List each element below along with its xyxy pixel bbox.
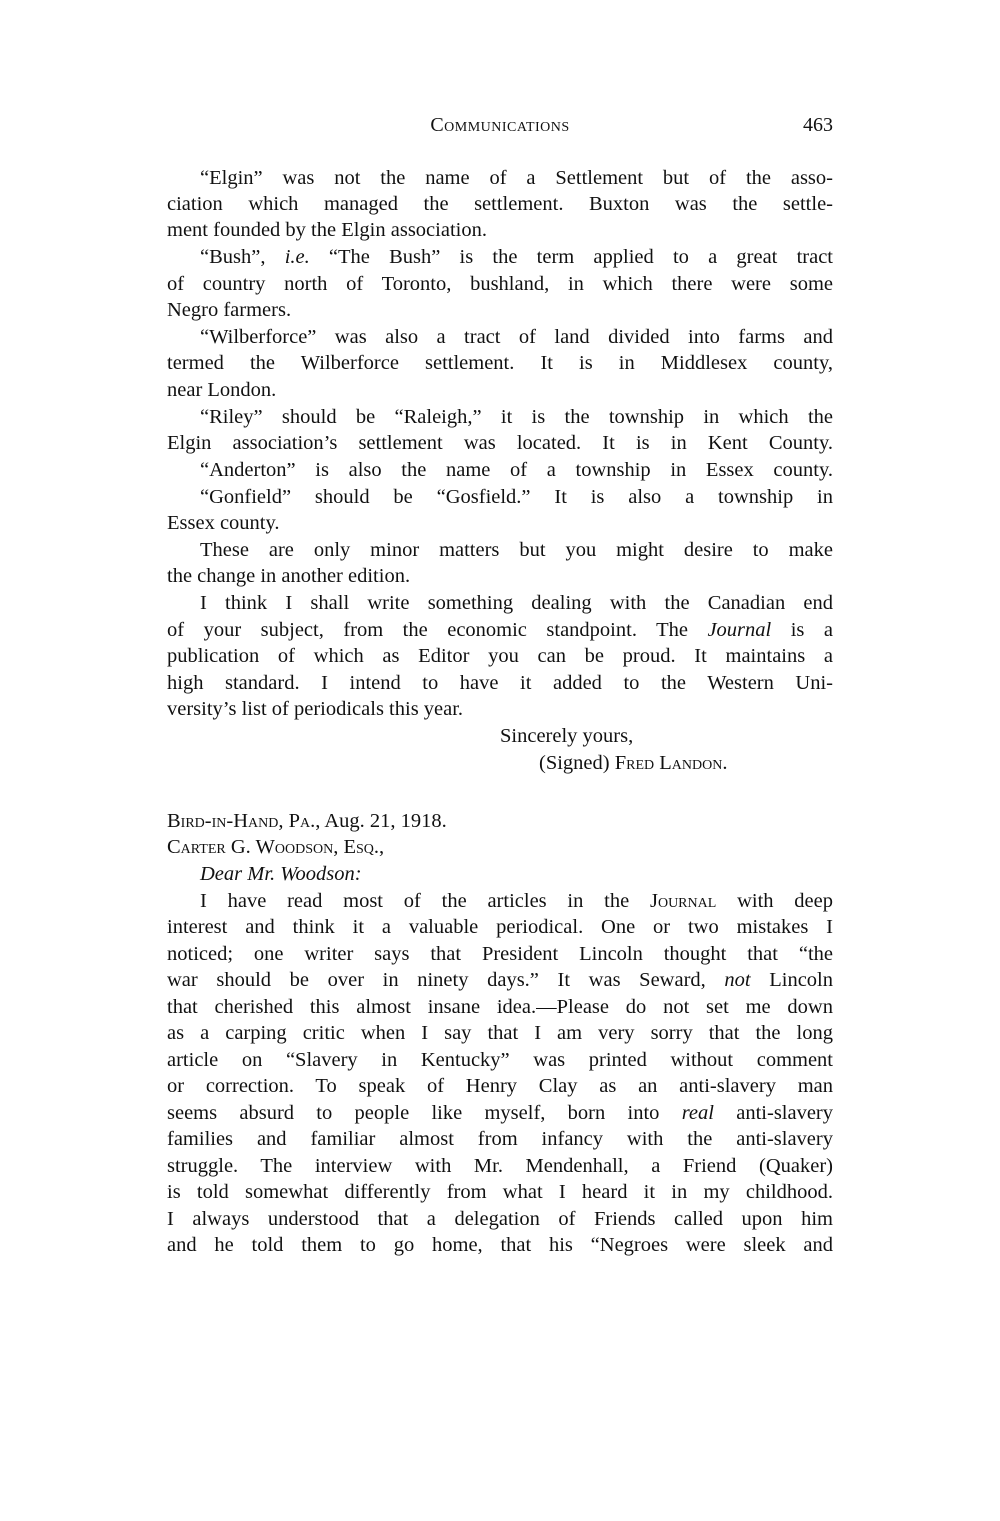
salutation-text: Dear Mr. Woodson: <box>200 863 362 885</box>
text-line: ciation which managed the settlement. Bu… <box>167 191 833 217</box>
text-run: “Bush”, <box>200 246 285 268</box>
text-run: Lincoln <box>751 969 833 991</box>
text-line: struggle. The interview with Mr. Mendenh… <box>167 1153 833 1179</box>
addressee: Carter G. Woodson, Esq., <box>167 834 833 860</box>
text-run: anti-slavery <box>714 1102 833 1124</box>
dateline-date: Aug. 21, 1918. <box>320 810 446 832</box>
text-line: is told somewhat differently from what I… <box>167 1179 833 1205</box>
text-run: I have read most of the articles in the <box>200 890 650 912</box>
text-line: and he told them to go home, that his “N… <box>167 1232 833 1258</box>
dateline: Bird-in-Hand, Pa., Aug. 21, 1918. <box>167 808 833 834</box>
text-line: seems absurd to people like myself, born… <box>167 1100 833 1126</box>
text-line: Elgin association’s settlement was locat… <box>167 430 833 456</box>
text-line: ment founded by the Elgin association. <box>167 217 833 243</box>
text-line: “Elgin” was not the name of a Settlement… <box>167 165 833 191</box>
document-page: Communications 463 “Elgin” was not the n… <box>0 0 1000 1521</box>
text-run: “The Bush” is the term applied to a grea… <box>310 246 833 268</box>
text-line: termed the Wilberforce settlement. It is… <box>167 350 833 376</box>
signer-name: Fred Landon. <box>615 752 728 774</box>
text-line: that cherished this almost insane idea.—… <box>167 994 833 1020</box>
italic-run: not <box>724 969 750 991</box>
text-line: These are only minor matters but you mig… <box>167 537 833 563</box>
smallcaps-run: Journal <box>650 890 716 912</box>
text-line: Negro farmers. <box>167 297 833 323</box>
text-run: seems absurd to people like myself, born… <box>167 1102 682 1124</box>
signed-label: (Signed) <box>539 752 615 774</box>
text-line: near London. <box>167 377 833 403</box>
page-number: 463 <box>803 114 833 137</box>
text-line: noticed; one writer says that President … <box>167 941 833 967</box>
text-line: of country north of Toronto, bushland, i… <box>167 271 833 297</box>
text-line: article on “Slavery in Kentucky” was pri… <box>167 1047 833 1073</box>
text-line: publication of which as Editor you can b… <box>167 643 833 669</box>
text-line: interest and think it a valuable periodi… <box>167 914 833 940</box>
text-run: of your subject, from the economic stand… <box>167 619 707 641</box>
text-run: with deep <box>716 890 833 912</box>
text-line: Essex county. <box>167 510 833 536</box>
closing: Sincerely yours, <box>500 723 633 749</box>
text-line: the change in another edition. <box>167 563 833 589</box>
italic-run: real <box>682 1102 714 1124</box>
text-line: “Gonfield” should be “Gosfield.” It is a… <box>167 484 833 510</box>
dateline-place: Bird-in-Hand, Pa., <box>167 810 320 832</box>
text-line: I think I shall write something dealing … <box>167 590 833 616</box>
text-run: is a <box>771 619 833 641</box>
signature: (Signed) Fred Landon. <box>539 750 727 776</box>
text-line: or correction. To speak of Henry Clay as… <box>167 1073 833 1099</box>
text-line: “Anderton” is also the name of a townshi… <box>167 457 833 483</box>
salutation: Dear Mr. Woodson: <box>167 861 833 887</box>
text-line: “Riley” should be “Raleigh,” it is the t… <box>167 404 833 430</box>
text-line: families and familiar almost from infanc… <box>167 1126 833 1152</box>
text-line: versity’s list of periodicals this year. <box>167 696 833 722</box>
page-header: Communications 463 <box>167 114 833 142</box>
text-line: high standard. I intend to have it added… <box>167 670 833 696</box>
text-line: “Bush”, i.e. “The Bush” is the term appl… <box>167 244 833 270</box>
text-line: of your subject, from the economic stand… <box>167 617 833 643</box>
text-line: as a carping critic when I say that I am… <box>167 1020 833 1046</box>
text-line: war should be over in ninety days.” It w… <box>167 967 833 993</box>
text-line: “Wilberforce” was also a tract of land d… <box>167 324 833 350</box>
text-line: I have read most of the articles in the … <box>167 888 833 914</box>
text-line: I always understood that a delegation of… <box>167 1206 833 1232</box>
italic-run: Journal <box>707 619 771 641</box>
running-head: Communications <box>167 114 833 137</box>
italic-run: i.e. <box>285 246 310 268</box>
text-run: war should be over in ninety days.” It w… <box>167 969 724 991</box>
